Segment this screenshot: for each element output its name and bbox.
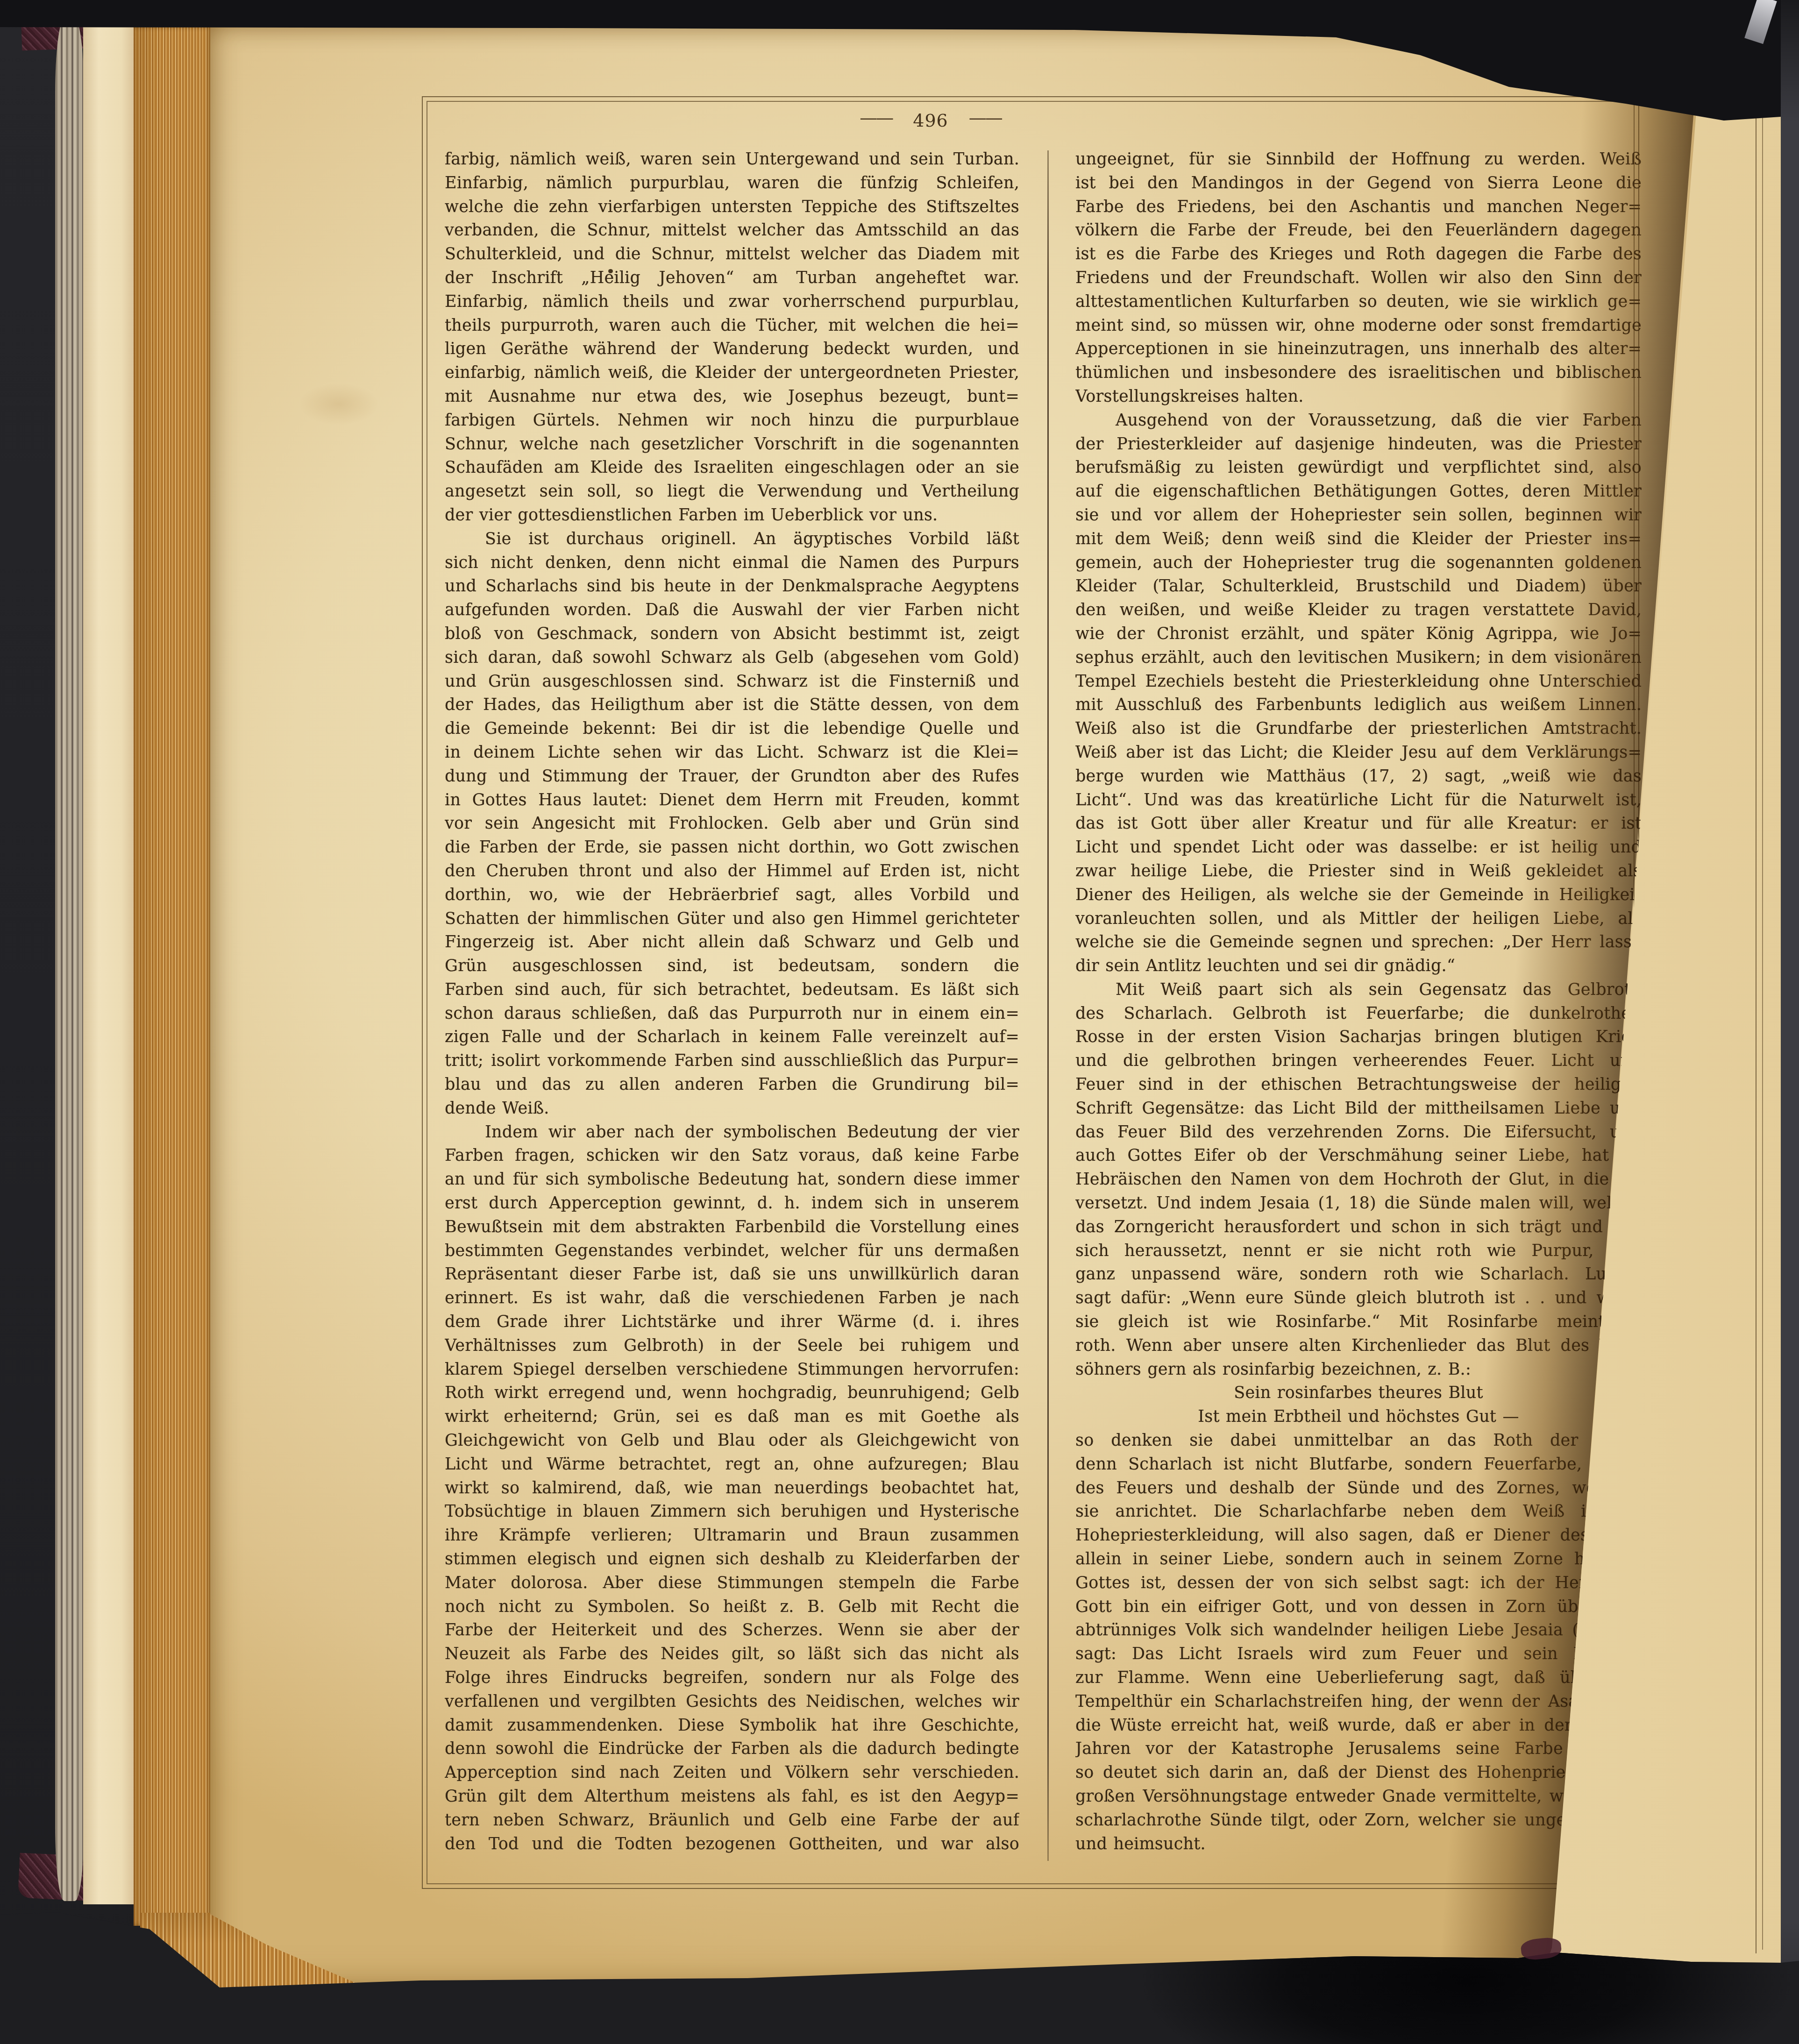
text-line: sich nicht denken, denn nicht einmal die… bbox=[445, 551, 1019, 575]
text-line: bloß von Geschmack, sondern von Absicht … bbox=[445, 622, 1019, 646]
next-page-frame-line bbox=[1756, 66, 1756, 1953]
text-line: Roth wirkt erregend und, wenn hochgradig… bbox=[445, 1381, 1019, 1405]
text-line: in deinem Lichte sehen wir das Licht. Sc… bbox=[445, 741, 1019, 765]
text-line: stimmen elegisch und eignen sich deshalb… bbox=[445, 1547, 1019, 1571]
text-line: die Gemeinde bekennt: Bei dir ist die le… bbox=[445, 717, 1019, 741]
text-line: Apperceptionen in sie hineinzutragen, un… bbox=[1075, 337, 1642, 361]
text-line: ihre Krämpfe verlieren; Ultramarin und B… bbox=[445, 1524, 1019, 1547]
text-line: Indem wir aber nach der symbolischen Bed… bbox=[445, 1121, 1019, 1144]
text-line: wirkt erheiternd; Grün, sei es daß man e… bbox=[445, 1405, 1019, 1429]
text-line: Grün ausgeschlossen sind, ist bedeutsam,… bbox=[445, 954, 1019, 978]
text-line: alttestamentlichen Kulturfarben so deute… bbox=[1075, 290, 1642, 314]
text-line: erinnert. Es ist wahr, daß die verschied… bbox=[445, 1286, 1019, 1310]
text-line: der Hades, das Heiligthum aber ist die S… bbox=[445, 693, 1019, 717]
text-line: der vier gottesdienstlichen Farben im Ue… bbox=[445, 504, 1019, 527]
text-line: die Farben der Erde, sie passen nicht do… bbox=[445, 836, 1019, 859]
text-line: blau und das zu allen anderen Farben die… bbox=[445, 1073, 1019, 1097]
text-line: einfarbig, nämlich weiß, die Kleider der… bbox=[445, 361, 1019, 385]
text-line: Tobsüchtige in blauen Zimmern sich beruh… bbox=[445, 1500, 1019, 1524]
text-line: denn sowohl die Eindrücke der Farben als… bbox=[445, 1737, 1019, 1761]
text-line: Schaufäden am Kleide des Israeliten eing… bbox=[445, 456, 1019, 480]
text-line: Farbe der Heiterkeit und des Scherzes. W… bbox=[445, 1618, 1019, 1642]
text-line: damit zusammendenken. Diese Symbolik hat… bbox=[445, 1714, 1019, 1738]
text-line: klarem Spiegel derselben verschiedene St… bbox=[445, 1358, 1019, 1382]
text-line: mit Ausnahme nur etwa des, wie Josephus … bbox=[445, 385, 1019, 409]
text-line: in Gottes Haus lautet: Dienet dem Herrn … bbox=[445, 788, 1019, 812]
text-line: Friedens und der Freundschaft. Wollen wi… bbox=[1075, 266, 1642, 290]
text-line: Repräsentant dieser Farbe ist, daß sie u… bbox=[445, 1263, 1019, 1286]
text-line: dende Weiß. bbox=[445, 1097, 1019, 1121]
text-line: Einfarbig, nämlich purpurblau, waren die… bbox=[445, 171, 1019, 195]
text-line: ungeeignet, für sie Sinnbild der Hoffnun… bbox=[1075, 148, 1642, 171]
text-line: vor sein Angesicht mit Frohlocken. Gelb … bbox=[445, 812, 1019, 836]
text-line: meint sind, so müssen wir, ohne moderne … bbox=[1075, 314, 1642, 338]
text-line: angesetzt sein soll, so liegt die Verwen… bbox=[445, 480, 1019, 504]
page-edges-stack-left bbox=[134, 27, 212, 1926]
text-line: der Inschrift „Heilig Jehoven“ am Turban… bbox=[445, 266, 1019, 290]
text-line: Gleichgewicht von Gelb und Blau oder als… bbox=[445, 1429, 1019, 1453]
text-line: verbanden, die Schnur, mittelst welcher … bbox=[445, 219, 1019, 242]
text-line: Schulterkleid, und die Schnur, mittelst … bbox=[445, 242, 1019, 266]
text-line: Fingerzeig ist. Aber nicht allein daß Sc… bbox=[445, 930, 1019, 954]
text-column-left: farbig, nämlich weiß, waren sein Unterge… bbox=[445, 148, 1019, 1856]
text-line: völkern die Farbe der Freude, bei den Fe… bbox=[1075, 219, 1642, 242]
header-rule-left: —— bbox=[860, 107, 892, 128]
text-line: Einfarbig, nämlich theils und zwar vorhe… bbox=[445, 290, 1019, 314]
text-line: welche die zehn vierfarbigen untersten T… bbox=[445, 195, 1019, 219]
text-line: Schnur, welche nach gesetzlicher Vorschr… bbox=[445, 433, 1019, 456]
text-line: dorthin, wo, wie der Hebräerbrief sagt, … bbox=[445, 883, 1019, 907]
text-line: dem Grade ihrer Lichtstärke und ihrer Wä… bbox=[445, 1310, 1019, 1334]
text-line: Folge ihres Eindrucks begreifen, sondern… bbox=[445, 1666, 1019, 1690]
text-line: thümlichen und insbesondere des israelit… bbox=[1075, 361, 1642, 385]
text-line: aufgefunden worden. Daß die Auswahl der … bbox=[445, 598, 1019, 622]
text-line: erst durch Apperception gewinnt, d. h. i… bbox=[445, 1192, 1019, 1215]
text-line: den Tod und die Todten bezogenen Gotthei… bbox=[445, 1832, 1019, 1856]
text-line: Bewußtsein mit dem abstrakten Farbenbild… bbox=[445, 1215, 1019, 1239]
text-line: Vorstellungskreises halten. bbox=[1075, 385, 1642, 409]
page-header: ——496—— bbox=[604, 110, 1258, 131]
text-line: Ausgehend von der Voraussetzung, daß die… bbox=[1075, 409, 1642, 433]
book-cover-spine-ridge bbox=[55, 19, 84, 1901]
text-line: ligen Geräthe während der Wanderung bede… bbox=[445, 337, 1019, 361]
text-line: Grün gilt dem Alterthum meistens als fah… bbox=[445, 1785, 1019, 1809]
text-line: Mater dolorosa. Aber diese Stimmungen st… bbox=[445, 1571, 1019, 1595]
text-line: Farben sind auch, für sich betrachtet, b… bbox=[445, 978, 1019, 1002]
paper-stain bbox=[299, 383, 378, 425]
text-line: schon daraus schließen, daß das Purpurro… bbox=[445, 1002, 1019, 1026]
column-divider-rule bbox=[1047, 150, 1049, 1861]
text-line: Schatten der himmlischen Güter und also … bbox=[445, 907, 1019, 931]
text-line: Sie ist durchaus originell. An ägyptisch… bbox=[445, 527, 1019, 551]
text-line: und Grün ausgeschlossen sind. Schwarz is… bbox=[445, 670, 1019, 694]
text-line: farbig, nämlich weiß, waren sein Unterge… bbox=[445, 148, 1019, 171]
text-line: und Scharlachs sind bis heute in der Den… bbox=[445, 575, 1019, 598]
text-line: farbigen Gürtels. Nehmen wir noch hinzu … bbox=[445, 409, 1019, 433]
text-line: ist es die Farbe des Krieges und Roth da… bbox=[1075, 242, 1642, 266]
header-rule-right: —— bbox=[969, 107, 1002, 128]
text-line: Farbe des Friedens, bei den Aschantis un… bbox=[1075, 195, 1642, 219]
text-line: dung und Stimmung der Trauer, der Grundt… bbox=[445, 765, 1019, 788]
text-line: bestimmten Gegenstandes verbindet, welch… bbox=[445, 1239, 1019, 1263]
text-line: zigen Falle und der Scharlach in keinem … bbox=[445, 1025, 1019, 1049]
text-line: theils purpurroth, waren auch die Tücher… bbox=[445, 314, 1019, 338]
background-right-strip bbox=[1781, 0, 1799, 2044]
text-line: tern neben Schwarz, Bräunlich und Gelb e… bbox=[445, 1809, 1019, 1832]
text-line: noch nicht zu Symbolen. So heißt z. B. G… bbox=[445, 1595, 1019, 1619]
next-page-frame-line bbox=[1762, 72, 1763, 1950]
text-line: ist bei den Mandingos in der Gegend von … bbox=[1075, 171, 1642, 195]
text-line: Verhältnisses zum Gelbroth) in der Seele… bbox=[445, 1334, 1019, 1358]
text-line: tritt; isolirt vorkommende Farben sind a… bbox=[445, 1049, 1019, 1073]
text-line: den Cheruben thront und also der Himmel … bbox=[445, 859, 1019, 883]
text-line: Farben fragen, schicken wir den Satz vor… bbox=[445, 1144, 1019, 1168]
text-line: verfallenen und vergilbten Gesichts des … bbox=[445, 1690, 1019, 1714]
ink-blot bbox=[608, 269, 613, 273]
page-number: 496 bbox=[913, 110, 948, 131]
text-line: an und für sich symbolische Bedeutung ha… bbox=[445, 1168, 1019, 1192]
book-page-photo: ——496—— farbig, nämlich weiß, waren sein… bbox=[0, 0, 1799, 2044]
text-line: sich daran, daß sowohl Schwarz als Gelb … bbox=[445, 646, 1019, 670]
text-line: Apperception sind nach Zeiten und Völker… bbox=[445, 1761, 1019, 1785]
text-line: wirkt so kalmirend, daß, wie man neuerdi… bbox=[445, 1476, 1019, 1500]
text-line: Neuzeit als Farbe des Neides gilt, so lä… bbox=[445, 1642, 1019, 1666]
endpaper-edge bbox=[83, 24, 135, 1904]
text-line: Licht und Wärme betrachtet, regt an, ohn… bbox=[445, 1453, 1019, 1476]
